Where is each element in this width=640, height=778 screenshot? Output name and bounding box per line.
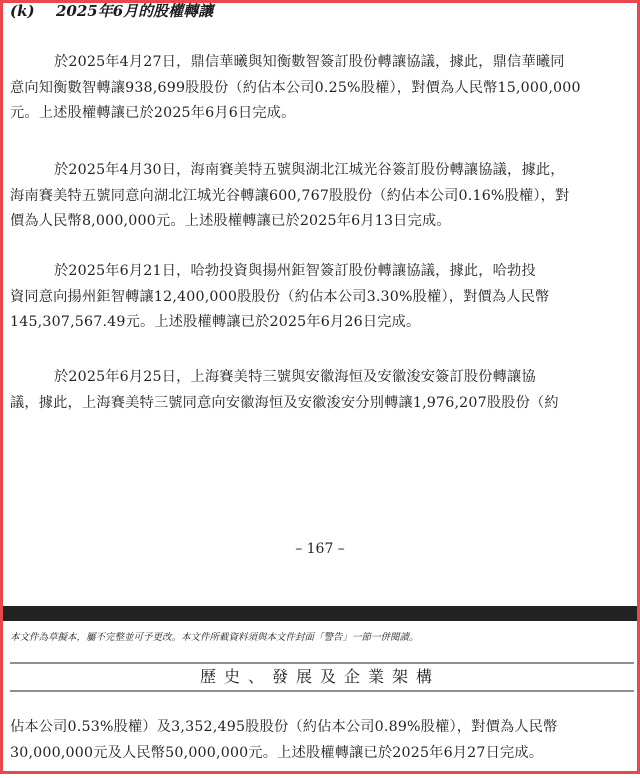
paragraph-line: 145,307,567.49元。上述股權轉讓已於2025年6月26日完成。 [10,310,632,336]
paragraph-line: 資同意向揚州鉅智轉讓12,400,000股股份（約佔本公司3.30%股權），對價… [10,285,632,311]
paragraph-transfer-2: 於2025年4月30日，海南賽美特五號與湖北江城光谷簽訂股份轉讓協議，據此， 海… [10,158,632,235]
paragraph-line: 元。上述股權轉讓已於2025年6月6日完成。 [10,101,632,127]
draft-disclaimer: 本文件為草擬本，屬不完整並可予更改。本文件所載資料須與本文件封面「警告」一節一併… [10,631,419,644]
paragraph-line: 於2025年4月30日，海南賽美特五號與湖北江城光谷簽訂股份轉讓協議，據此， [10,158,632,184]
section-heading: (k)2025年6月的股權轉讓 [10,2,213,20]
header-rule-top [10,662,634,664]
paragraph-line: 於2025年6月25日，上海賽美特三號與安徽海恒及安徽浚安簽訂股份轉讓協 [10,365,632,391]
paragraph-line: 30,000,000元及人民幣50,000,000元。上述股權轉讓已於2025年… [10,741,632,767]
paragraph-line: 佔本公司0.53%股權）及3,352,495股股份（約佔本公司0.89%股權），… [10,715,632,741]
header-rule-bottom [10,690,634,692]
paragraph-line: 議，據此，上海賽美特三號同意向安徽海恒及安徽浚安分別轉讓1,976,207股股份… [10,391,632,417]
paragraph-transfer-4: 於2025年6月25日，上海賽美特三號與安徽海恒及安徽浚安簽訂股份轉讓協 議，據… [10,365,632,416]
paragraph-line: 於2025年6月21日，哈勃投資與揚州鉅智簽訂股份轉讓協議，據此，哈勃投 [10,259,632,285]
paragraph-line: 海南賽美特五號同意向湖北江城光谷轉讓600,767股股份（約佔本公司0.16%股… [10,184,632,210]
section-number: (k) [10,2,56,20]
paragraph-line: 於2025年4月27日，鼎信華曦與知衡數智簽訂股份轉讓協議，據此，鼎信華曦同 [10,50,632,76]
section-heading-title: 2025年6月的股權轉讓 [56,2,213,20]
page-number: – 167 – [0,540,640,558]
page-break-band [0,606,640,621]
document-page: (k)2025年6月的股權轉讓 於2025年4月27日，鼎信華曦與知衡數智簽訂股… [0,0,640,778]
paragraph-line: 價為人民幣8,000,000元。上述股權轉讓已於2025年6月13日完成。 [10,209,632,235]
running-section-title: 歷史、發展及企業架構 [0,667,640,687]
paragraph-transfer-3: 於2025年6月21日，哈勃投資與揚州鉅智簽訂股份轉讓協議，據此，哈勃投 資同意… [10,259,632,336]
paragraph-line: 意向知衡數智轉讓938,699股股份（約佔本公司0.25%股權），對價為人民幣1… [10,76,632,102]
paragraph-transfer-1: 於2025年4月27日，鼎信華曦與知衡數智簽訂股份轉讓協議，據此，鼎信華曦同 意… [10,50,632,127]
paragraph-transfer-4-continued: 佔本公司0.53%股權）及3,352,495股股份（約佔本公司0.89%股權），… [10,715,632,766]
